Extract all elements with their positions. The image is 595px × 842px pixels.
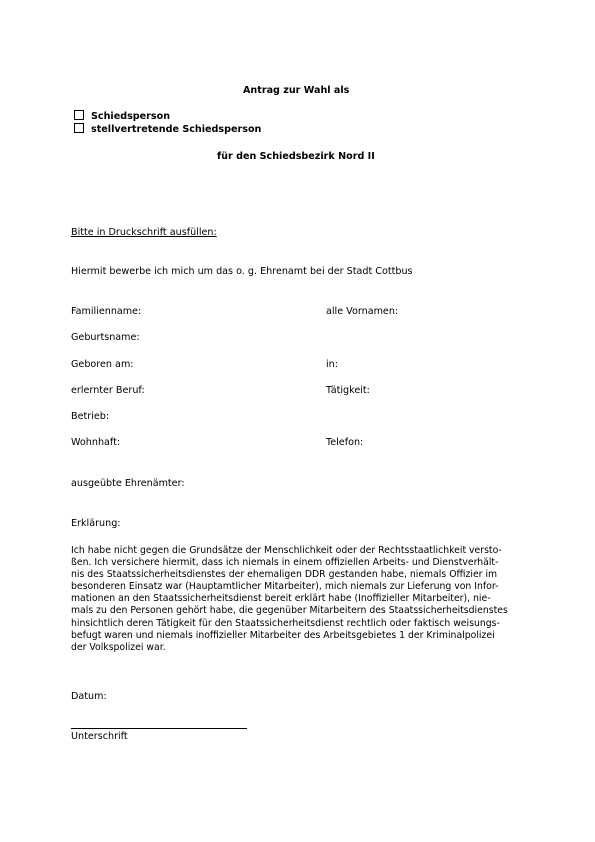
field-vornamen: alle Vornamen:: [326, 306, 398, 317]
field-beruf: erlernter Beruf:: [71, 385, 145, 396]
declaration-line: der Volkspolizei war.: [71, 642, 526, 654]
declaration-line: besonderen Einsatz war (Hauptamtlicher M…: [71, 581, 526, 593]
option-label: Schiedsperson: [91, 111, 170, 122]
option-stellvertretende-schiedsperson[interactable]: stellvertretende Schiedsperson: [74, 123, 261, 135]
declaration-line: mationen an den Staatssicherheitsdienst …: [71, 593, 526, 605]
district-heading: für den Schiedsbezirk Nord II: [217, 151, 375, 162]
declaration-line: hinsichtlich deren Tätigkeit für den Sta…: [71, 618, 526, 630]
instruction-text: Bitte in Druckschrift ausfüllen:: [71, 227, 217, 238]
declaration-line: nis des Staatssicherheitsdienstes der eh…: [71, 569, 526, 581]
declaration-line: befugt waren und niemals inoffizieller M…: [71, 630, 526, 642]
declaration-line: ßen. Ich versichere hiermit, dass ich ni…: [71, 557, 526, 569]
field-wohnhaft: Wohnhaft:: [71, 437, 120, 448]
declaration-line: mals zu den Personen gehört habe, die ge…: [71, 605, 526, 617]
field-familienname: Familienname:: [71, 306, 141, 317]
field-telefon: Telefon:: [326, 437, 363, 448]
checkbox-icon[interactable]: [74, 123, 84, 133]
field-ehrenaemter: ausgeübte Ehrenämter:: [71, 478, 185, 489]
declaration-text: Ich habe nicht gegen die Grundsätze der …: [71, 545, 526, 654]
declaration-heading: Erklärung:: [71, 518, 121, 529]
field-geburtsort: in:: [326, 359, 338, 370]
field-geboren-am: Geboren am:: [71, 359, 134, 370]
field-taetigkeit: Tätigkeit:: [326, 385, 370, 396]
signature-line: [71, 728, 247, 729]
datum-label: Datum:: [71, 691, 107, 702]
signature-label: Unterschrift: [71, 731, 128, 742]
declaration-line: Ich habe nicht gegen die Grundsätze der …: [71, 545, 526, 557]
field-geburtsname: Geburtsname:: [71, 332, 140, 343]
option-label: stellvertretende Schiedsperson: [91, 124, 261, 135]
intro-text: Hiermit bewerbe ich mich um das o. g. Eh…: [71, 266, 413, 277]
document-title: Antrag zur Wahl als: [243, 85, 349, 96]
option-schiedsperson[interactable]: Schiedsperson: [74, 110, 170, 122]
checkbox-icon[interactable]: [74, 110, 84, 120]
field-betrieb: Betrieb:: [71, 411, 109, 422]
